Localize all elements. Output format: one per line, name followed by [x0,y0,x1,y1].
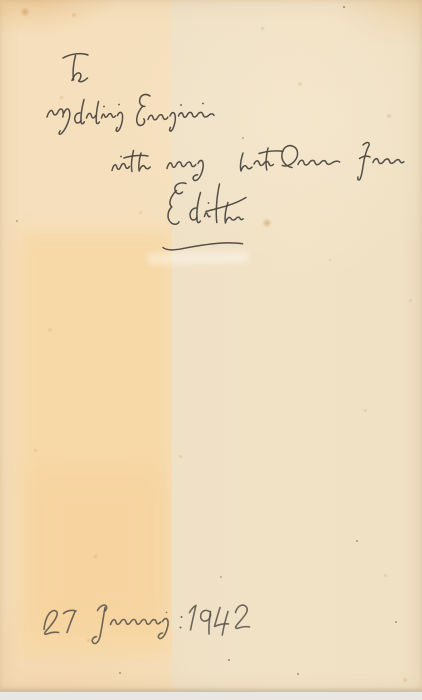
foxing-spot [178,454,183,459]
dark-speck [16,220,18,222]
foxing-spot [33,448,38,453]
foxing-spot [383,573,388,578]
handwriting-salutation [63,54,88,82]
dark-speck [395,621,397,623]
handwriting-signature [168,183,246,224]
foxing-spot [47,327,53,333]
foxing-spot [262,218,272,228]
dark-speck [356,540,358,542]
handwriting-sentiment [112,142,404,180]
dark-speck [242,137,244,139]
page-bottom-edge [0,691,422,700]
dark-speck [119,672,121,674]
foxing-spot [59,95,64,100]
foxing-spot [93,554,98,559]
foxing-spot [86,638,91,643]
endpaper-page [0,0,422,692]
foxing-spot [138,210,143,215]
handwriting-date [44,605,250,643]
foxing-spot [297,81,303,87]
foxing-spot [363,408,368,413]
dark-speck [343,6,345,8]
signature-underline-flourish [163,243,243,250]
dark-speck [220,576,222,578]
foxing-spot [386,113,392,119]
foxing-spot [71,12,77,18]
dark-speck [297,673,299,675]
foxing-spot [402,677,408,683]
foxing-spot [260,26,265,31]
dark-speck [228,659,230,661]
book-endpaper-photo: To my darling Georgia with very best lov… [0,0,422,700]
foxing-spot [20,7,30,17]
foxing-spot [328,258,332,262]
handwriting-dedication [47,94,214,134]
foxing-spot [408,298,413,303]
handwritten-inscription [0,0,422,692]
